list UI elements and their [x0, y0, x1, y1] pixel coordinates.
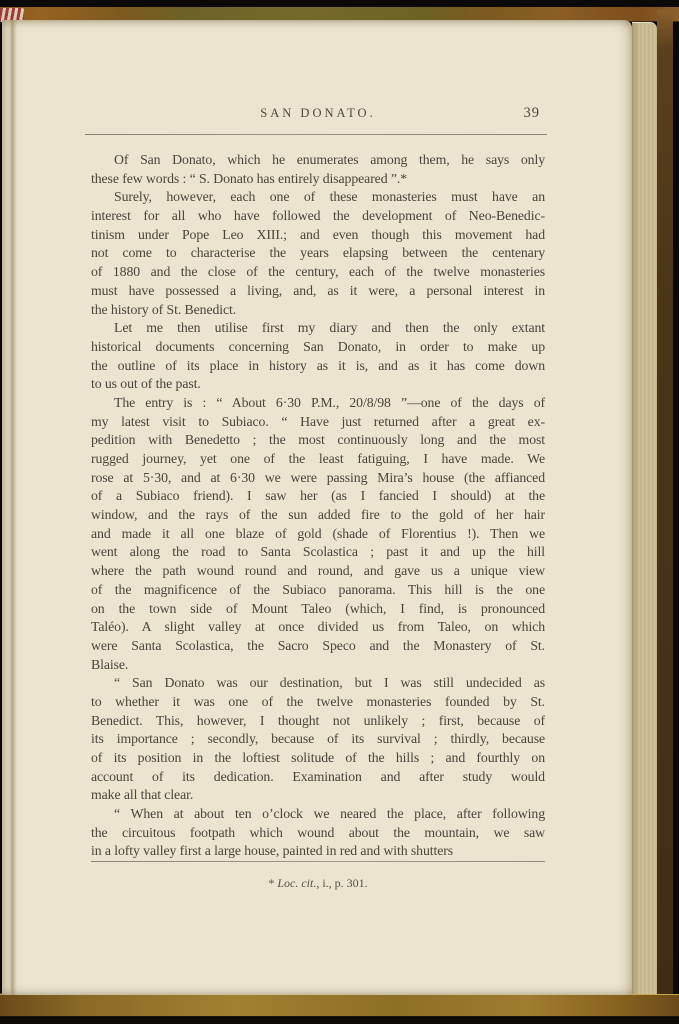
- text-line: Blaise.: [91, 656, 545, 675]
- text-line: Let me then utilise first my diary and t…: [91, 319, 545, 338]
- running-head: SAN DONATO. 39: [91, 106, 545, 124]
- text-line: the outline of its place in history as i…: [91, 357, 545, 376]
- text-line: make all that clear.: [91, 786, 545, 805]
- footnote-rule: [91, 861, 545, 862]
- text-line: must have possessed a living, and, as it…: [91, 282, 545, 301]
- paragraph: “ When at about ten o’clock we neared th…: [91, 805, 545, 861]
- text-line: historical documents concerning San Dona…: [91, 338, 545, 357]
- book-page: SAN DONATO. 39 Of San Donato, which he e…: [2, 20, 632, 995]
- text-line: on the town side of Mount Taleo (which, …: [91, 600, 545, 619]
- running-title: SAN DONATO.: [91, 106, 545, 121]
- text-line: Benedict. This, however, I thought not u…: [91, 712, 545, 731]
- text-line: of the magnificence of the Subiaco panor…: [91, 581, 545, 600]
- text-line: of a Subiaco friend). I saw her (as I fa…: [91, 487, 545, 506]
- text-line: Taléo). A slight valley at once divided …: [91, 618, 545, 637]
- text-block: SAN DONATO. 39 Of San Donato, which he e…: [91, 20, 545, 995]
- body-text: Of San Donato, which he enumerates among…: [91, 151, 545, 861]
- text-line: not come to characterise the years elaps…: [91, 244, 545, 263]
- paragraph: Let me then utilise first my diary and t…: [91, 319, 545, 394]
- footnote: * Loc. cit., i., p. 301.: [91, 876, 545, 891]
- text-line: rose at 5·30, and at 6·30 we were passin…: [91, 469, 545, 488]
- text-line: account of its dedication. Examination a…: [91, 768, 545, 787]
- text-line: and made it all one blaze of gold (shade…: [91, 525, 545, 544]
- text-line: Of San Donato, which he enumerates among…: [91, 151, 545, 170]
- footnote-marker: *: [268, 876, 277, 890]
- text-line: window, and the rays of the sun added fi…: [91, 506, 545, 525]
- text-line: the history of St. Benedict.: [91, 301, 545, 320]
- paragraph: The entry is : “ About 6·30 P.M., 20/8/9…: [91, 394, 545, 674]
- book-cover-bottom-edge: [0, 994, 679, 1017]
- text-line: to us out of the past.: [91, 375, 545, 394]
- book-cover-right-edge: [657, 10, 673, 1006]
- header-rule: [85, 134, 547, 135]
- text-line: tinism under Pope Leo XIII.; and even th…: [91, 226, 545, 245]
- page-number: 39: [524, 105, 541, 122]
- text-line: The entry is : “ About 6·30 P.M., 20/8/9…: [91, 394, 545, 413]
- text-line: pedition with Benedetto ; the most conti…: [91, 431, 545, 450]
- text-line: of 1880 and the close of the century, ea…: [91, 263, 545, 282]
- text-line: its importance ; secondly, because of it…: [91, 730, 545, 749]
- paragraph: Of San Donato, which he enumerates among…: [91, 151, 545, 188]
- text-line: these few words : “ S. Donato has entire…: [91, 170, 545, 189]
- text-line: rugged journey, yet one of the least fat…: [91, 450, 545, 469]
- text-line: of its position in the loftiest solitude…: [91, 749, 545, 768]
- text-line: went along the road to Santa Scolastica …: [91, 543, 545, 562]
- text-line: the circuitous footpath which wound abou…: [91, 824, 545, 843]
- text-line: my latest visit to Subiaco. “ Have just …: [91, 413, 545, 432]
- text-line: “ When at about ten o’clock we neared th…: [91, 805, 545, 824]
- text-line: interest for all who have followed the d…: [91, 207, 545, 226]
- paragraph: “ San Donato was our destination, but I …: [91, 674, 545, 805]
- text-line: “ San Donato was our destination, but I …: [91, 674, 545, 693]
- text-line: to whether it was one of the twelve mona…: [91, 693, 545, 712]
- text-line: in a lofty valley first a large house, p…: [91, 842, 545, 861]
- page-fore-edge-stack: [632, 22, 657, 994]
- text-line: where the path wound round and round, an…: [91, 562, 545, 581]
- footnote-reference: i., p. 301.: [322, 876, 367, 890]
- page-gutter-crease: [9, 20, 17, 995]
- paragraph: Surely, however, each one of these monas…: [91, 188, 545, 319]
- text-line: Surely, however, each one of these monas…: [91, 188, 545, 207]
- footnote-citation: Loc. cit.,: [277, 876, 322, 890]
- text-line: were Santa Scolastica, the Sacro Speco a…: [91, 637, 545, 656]
